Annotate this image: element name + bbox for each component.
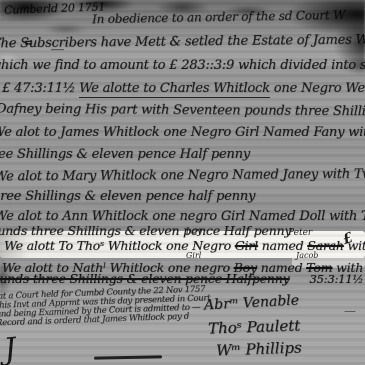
thomas-struck-word: Girl [235, 238, 258, 253]
interlinear-correction-peter: Peter [288, 228, 312, 238]
line-opening: In obedience to an order of the sd Court… [92, 8, 345, 26]
charles-suffix: one Negro Wench n [270, 81, 365, 96]
charles-underlined-phrase: We alotte to Charles Whitlock [79, 81, 270, 98]
margin-equals-mark: = [24, 36, 33, 49]
interlinear-correction-boy: boy [186, 227, 202, 237]
signature-paulett: Thoˢ Paulett [208, 316, 301, 337]
margin-dash-mark: — [50, 43, 64, 56]
line-charles-allotment: £ 47:3:11½ We alotte to Charles Whitlock… [2, 81, 365, 96]
bottom-ink-bar [94, 355, 162, 359]
flourish-initial-j: J [2, 331, 18, 365]
signature-venable: Abrᵐ Venable [204, 293, 300, 314]
line-mary-continuation: hree Shillings & eleven pence half penny [0, 189, 255, 204]
per-share-amount: £ 47:3:11½ [2, 81, 79, 96]
line-james-continuation: ree Shillings & eleven pence Half penny [0, 147, 250, 162]
line-estate-total: which we find to amount to £ 283::3:9 wh… [0, 58, 365, 73]
line-james-allotment: We alot to James Whitlock one Negro Girl… [0, 125, 365, 140]
date-heading: Cumberld 20 1751 [4, 0, 105, 17]
signature-phillips: Wᵐ Phillips [216, 339, 302, 360]
struck-total-text: ounds three Shillings & eleven pence Hal… [0, 271, 289, 286]
line-mary-allotment: We alot to Mary Whitlock one Negro Named… [0, 167, 365, 185]
line-ann-allotment: We alot to Ann Whitlock one negro Girl N… [0, 209, 365, 224]
total-amount: 35:3:11½ [309, 272, 363, 286]
interlinear-correction-jacob: Jacob [296, 251, 318, 260]
line-struck-total: ounds three Shillings & eleven pence Hal… [0, 271, 363, 286]
line-dafney: Dafney being His part with Seventeen pou… [0, 102, 365, 120]
side-dash-mark: — [344, 304, 356, 318]
line-ann-continuation: ounds three Shillings & eleven pence Hal… [0, 223, 291, 238]
interlinear-correction-girl: Girl [186, 251, 201, 260]
manuscript-page: Cumberld 20 1751 In obedience to an orde… [0, 0, 365, 365]
